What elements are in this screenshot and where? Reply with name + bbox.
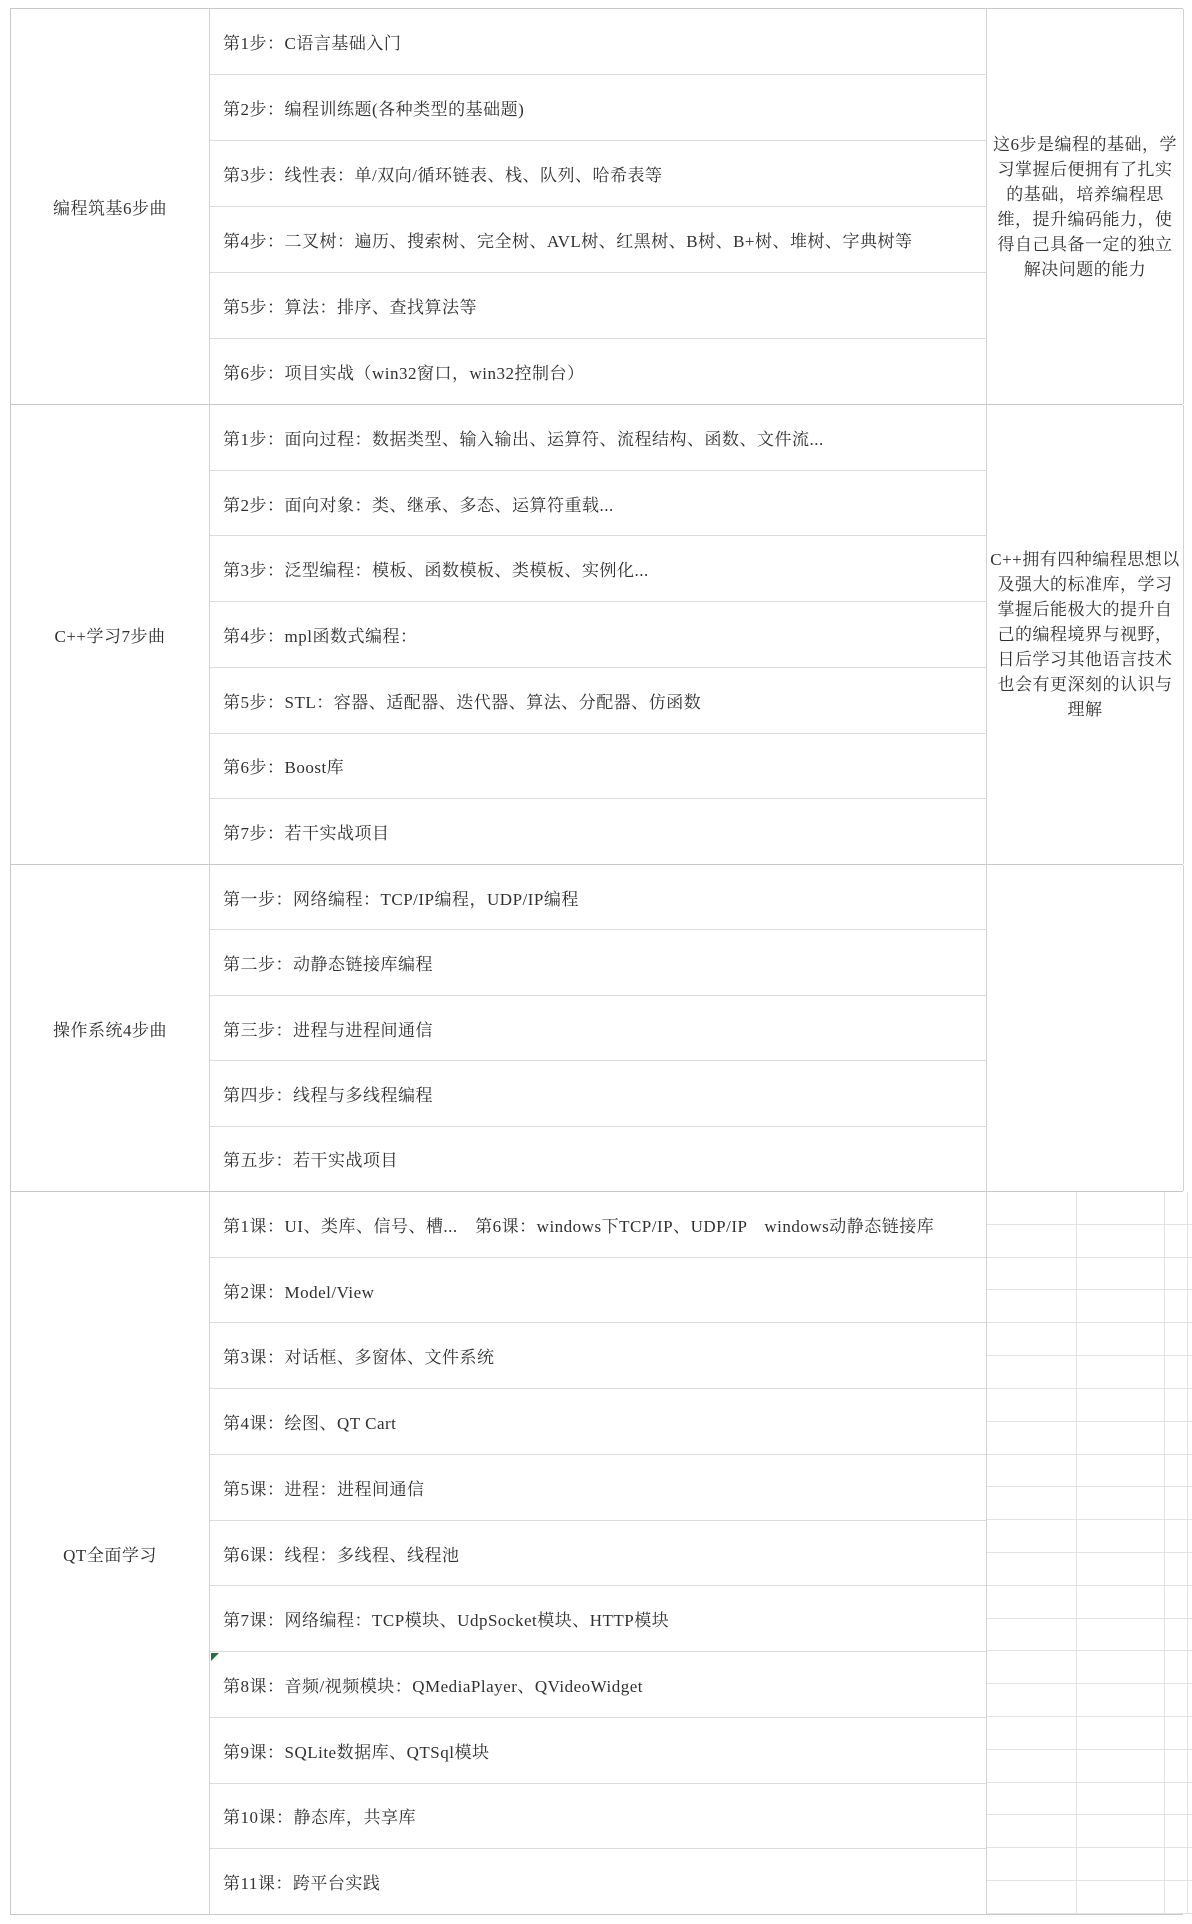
step-cell[interactable]: 第四步：线程与多线程编程 bbox=[210, 1061, 986, 1126]
grid-column-line bbox=[1187, 1192, 1188, 1914]
step-cell[interactable]: 第6步：项目实战（win32窗口，win32控制台） bbox=[210, 339, 986, 404]
section-label-cell[interactable]: 编程筑基6步曲 bbox=[11, 9, 210, 404]
step-cell[interactable]: 第3课：对话框、多窗体、文件系统 bbox=[210, 1323, 986, 1389]
cell-flag-icon bbox=[211, 1653, 219, 1661]
step-cell[interactable]: 第一步：网络编程：TCP/IP编程，UDP/IP编程 bbox=[210, 865, 986, 930]
step-cell[interactable]: 第8课：音频/视频模块：QMediaPlayer、QVideoWidget bbox=[210, 1652, 986, 1718]
step-cells: 第1课：UI、类库、信号、槽... 第6课：windows下TCP/IP、UDP… bbox=[210, 1192, 987, 1914]
section-programming-foundation: 编程筑基6步曲 第1步：C语言基础入门 第2步：编程训练题(各种类型的基础题) … bbox=[11, 9, 1183, 404]
step-cell[interactable]: 第五步：若干实战项目 bbox=[210, 1127, 986, 1191]
step-cell[interactable]: 第4课：绘图、QT Cart bbox=[210, 1389, 986, 1455]
section-label-cell[interactable]: 操作系统4步曲 bbox=[11, 865, 210, 1191]
note-cell[interactable]: 这6步是编程的基础，学习掌握后便拥有了扎实的基础，培养编程思维，提升编码能力，使… bbox=[987, 9, 1184, 404]
grid-column-line bbox=[1076, 1192, 1077, 1914]
step-cell[interactable]: 第3步：泛型编程：模板、函数模板、类模板、实例化... bbox=[210, 536, 986, 602]
step-cells: 第1步：C语言基础入门 第2步：编程训练题(各种类型的基础题) 第3步：线性表：… bbox=[210, 9, 987, 404]
section-qt-learning: QT全面学习 第1课：UI、类库、信号、槽... 第6课：windows下TCP… bbox=[11, 1191, 1183, 1914]
step-cell[interactable]: 第三步：进程与进程间通信 bbox=[210, 996, 986, 1061]
note-cell-empty[interactable] bbox=[987, 865, 1184, 1191]
section-operating-system: 操作系统4步曲 第一步：网络编程：TCP/IP编程，UDP/IP编程 第二步：动… bbox=[11, 864, 1183, 1191]
step-cell[interactable]: 第5课：进程：进程间通信 bbox=[210, 1455, 986, 1521]
step-cells: 第一步：网络编程：TCP/IP编程，UDP/IP编程 第二步：动静态链接库编程 … bbox=[210, 865, 987, 1191]
step-cell[interactable]: 第7步：若干实战项目 bbox=[210, 799, 986, 864]
step-cell[interactable]: 第2步：面向对象：类、继承、多态、运算符重载... bbox=[210, 471, 986, 537]
grid-column-line bbox=[1164, 1192, 1165, 1914]
learning-roadmap-table: 编程筑基6步曲 第1步：C语言基础入门 第2步：编程训练题(各种类型的基础题) … bbox=[10, 8, 1183, 1915]
step-cell[interactable]: 第1步：面向过程：数据类型、输入输出、运算符、流程结构、函数、文件流... bbox=[210, 405, 986, 471]
note-text: C++拥有四种编程思想以及强大的标准库，学习掌握后能极大的提升自己的编程境界与视… bbox=[989, 547, 1181, 722]
step-cell[interactable]: 第5步：算法：排序、查找算法等 bbox=[210, 273, 986, 339]
step-cell[interactable]: 第10课：静态库，共享库 bbox=[210, 1784, 986, 1850]
step-cell[interactable]: 第5步：STL：容器、适配器、迭代器、算法、分配器、仿函数 bbox=[210, 668, 986, 734]
step-cell[interactable]: 第3步：线性表：单/双向/循环链表、栈、队列、哈希表等 bbox=[210, 141, 986, 207]
step-cell[interactable]: 第1课：UI、类库、信号、槽... 第6课：windows下TCP/IP、UDP… bbox=[210, 1192, 986, 1258]
step-cell[interactable]: 第6课：线程：多线程、线程池 bbox=[210, 1521, 986, 1587]
note-cell[interactable]: C++拥有四种编程思想以及强大的标准库，学习掌握后能极大的提升自己的编程境界与视… bbox=[987, 405, 1184, 864]
step-cell[interactable]: 第6步：Boost库 bbox=[210, 734, 986, 800]
step-cell[interactable]: 第9课：SQLite数据库、QTSql模块 bbox=[210, 1718, 986, 1784]
section-label-cell[interactable]: C++学习7步曲 bbox=[11, 405, 210, 864]
step-cell[interactable]: 第4步：二叉树：遍历、搜索树、完全树、AVL树、红黑树、B树、B+树、堆树、字典… bbox=[210, 207, 986, 273]
section-label-cell[interactable]: QT全面学习 bbox=[11, 1192, 210, 1914]
step-cells: 第1步：面向过程：数据类型、输入输出、运算符、流程结构、函数、文件流... 第2… bbox=[210, 405, 987, 864]
spreadsheet-canvas: 编程筑基6步曲 第1步：C语言基础入门 第2步：编程训练题(各种类型的基础题) … bbox=[0, 0, 1192, 1924]
step-cell[interactable]: 第2课：Model/View bbox=[210, 1258, 986, 1324]
step-cell[interactable]: 第4步：mpl函数式编程： bbox=[210, 602, 986, 668]
note-text: 这6步是编程的基础，学习掌握后便拥有了扎实的基础，培养编程思维，提升编码能力，使… bbox=[989, 132, 1181, 282]
section-cpp-learning: C++学习7步曲 第1步：面向过程：数据类型、输入输出、运算符、流程结构、函数、… bbox=[11, 404, 1183, 864]
step-cell[interactable]: 第11课：跨平台实践 bbox=[210, 1849, 986, 1914]
step-cell[interactable]: 第1步：C语言基础入门 bbox=[210, 9, 986, 75]
empty-cell-grid[interactable] bbox=[987, 1192, 1192, 1914]
step-cell[interactable]: 第7课：网络编程：TCP模块、UdpSocket模块、HTTP模块 bbox=[210, 1586, 986, 1652]
step-cell[interactable]: 第2步：编程训练题(各种类型的基础题) bbox=[210, 75, 986, 141]
step-cell[interactable]: 第二步：动静态链接库编程 bbox=[210, 930, 986, 995]
